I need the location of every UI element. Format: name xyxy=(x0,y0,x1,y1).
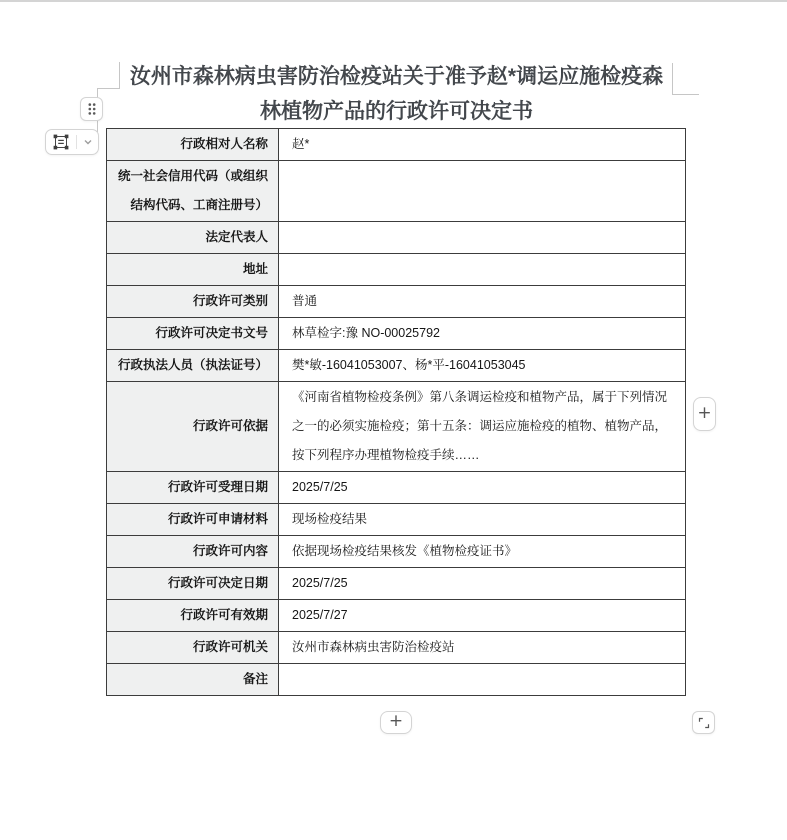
plus-icon: + xyxy=(389,713,403,730)
table-row: 地址 xyxy=(107,254,686,286)
field-label-cell[interactable]: 行政许可有效期 xyxy=(107,600,279,632)
chevron-down-icon xyxy=(82,136,94,148)
license-table: 行政相对人名称 赵* 统一社会信用代码（或组织结构代码、工商注册号） 法定代表人… xyxy=(106,128,686,696)
drag-handle-icon xyxy=(86,102,98,116)
table-row: 行政许可有效期 2025/7/27 xyxy=(107,600,686,632)
corner-brackets-icon xyxy=(696,715,712,731)
block-options-dropdown[interactable] xyxy=(77,130,98,154)
field-value-cell[interactable] xyxy=(279,664,686,696)
field-label-cell[interactable]: 地址 xyxy=(107,254,279,286)
table-row: 行政许可内容 依据现场检疫结果核发《植物检疫证书》 xyxy=(107,536,686,568)
table-row: 行政许可依据 《河南省植物检疫条例》第八条调运检疫和植物产品，属于下列情况之一的… xyxy=(107,382,686,472)
field-label-cell[interactable]: 行政许可依据 xyxy=(107,382,279,472)
page-background: { "document": { "title": "汝州市森林病虫害防治检疫站关… xyxy=(0,0,787,840)
field-value-cell[interactable]: 2025/7/25 xyxy=(279,472,686,504)
field-label-cell[interactable]: 行政许可申请材料 xyxy=(107,504,279,536)
field-label-cell[interactable]: 行政许可决定日期 xyxy=(107,568,279,600)
field-label-cell[interactable]: 行政许可内容 xyxy=(107,536,279,568)
add-row-button[interactable]: + xyxy=(380,711,412,734)
field-value-cell[interactable]: 普通 xyxy=(279,286,686,318)
field-label-cell[interactable]: 行政执法人员（执法证号） xyxy=(107,350,279,382)
field-value-cell[interactable] xyxy=(279,254,686,286)
field-label-cell[interactable]: 备注 xyxy=(107,664,279,696)
field-value-cell[interactable]: 林草检字:豫 NO-00025792 xyxy=(279,318,686,350)
table-row: 法定代表人 xyxy=(107,222,686,254)
table-row: 行政许可受理日期 2025/7/25 xyxy=(107,472,686,504)
field-value-cell[interactable] xyxy=(279,161,686,222)
field-label-cell[interactable]: 法定代表人 xyxy=(107,222,279,254)
expand-table-button[interactable] xyxy=(692,711,715,734)
table-row: 行政许可类别 普通 xyxy=(107,286,686,318)
table-select-button[interactable] xyxy=(46,130,76,154)
frame-select-icon xyxy=(52,133,70,151)
field-label-cell[interactable]: 行政相对人名称 xyxy=(107,129,279,161)
add-column-button[interactable]: + xyxy=(693,397,716,431)
table-row: 行政许可机关 汝州市森林病虫害防治检疫站 xyxy=(107,632,686,664)
field-value-cell[interactable]: 樊*敏-16041053007、杨*平-16041053045 xyxy=(279,350,686,382)
field-value-cell[interactable]: 现场检疫结果 xyxy=(279,504,686,536)
top-divider xyxy=(0,0,787,2)
field-label-cell[interactable]: 行政许可类别 xyxy=(107,286,279,318)
field-value-cell[interactable] xyxy=(279,222,686,254)
field-label-cell[interactable]: 行政许可机关 xyxy=(107,632,279,664)
field-value-cell[interactable]: 赵* xyxy=(279,129,686,161)
field-value-cell[interactable]: 依据现场检疫结果核发《植物检疫证书》 xyxy=(279,536,686,568)
field-label-cell[interactable]: 行政许可受理日期 xyxy=(107,472,279,504)
table-row: 行政许可申请材料 现场检疫结果 xyxy=(107,504,686,536)
table-row: 统一社会信用代码（或组织结构代码、工商注册号） xyxy=(107,161,686,222)
drag-handle-button[interactable] xyxy=(80,97,103,121)
field-value-cell[interactable]: 2025/7/25 xyxy=(279,568,686,600)
text-boundary-mark xyxy=(97,88,120,89)
plus-icon: + xyxy=(697,405,711,422)
table-row: 行政相对人名称 赵* xyxy=(107,129,686,161)
document-title[interactable]: 汝州市森林病虫害防治检疫站关于准予赵*调运应施检疫森林植物产品的行政许可决定书 xyxy=(120,59,673,129)
field-label-cell[interactable]: 统一社会信用代码（或组织结构代码、工商注册号） xyxy=(107,161,279,222)
field-value-cell[interactable]: 2025/7/27 xyxy=(279,600,686,632)
table-row: 行政许可决定日期 2025/7/25 xyxy=(107,568,686,600)
field-label-cell[interactable]: 行政许可决定书文号 xyxy=(107,318,279,350)
table-row: 备注 xyxy=(107,664,686,696)
table-row: 行政执法人员（执法证号） 樊*敏-16041053007、杨*平-1604105… xyxy=(107,350,686,382)
license-table-body: 行政相对人名称 赵* 统一社会信用代码（或组织结构代码、工商注册号） 法定代表人… xyxy=(107,129,686,696)
text-boundary-mark xyxy=(672,94,699,95)
field-value-cell[interactable]: 汝州市森林病虫害防治检疫站 xyxy=(279,632,686,664)
field-value-cell[interactable]: 《河南省植物检疫条例》第八条调运检疫和植物产品，属于下列情况之一的必须实施检疫；… xyxy=(279,382,686,472)
block-select-group xyxy=(45,129,99,155)
table-row: 行政许可决定书文号 林草检字:豫 NO-00025792 xyxy=(107,318,686,350)
